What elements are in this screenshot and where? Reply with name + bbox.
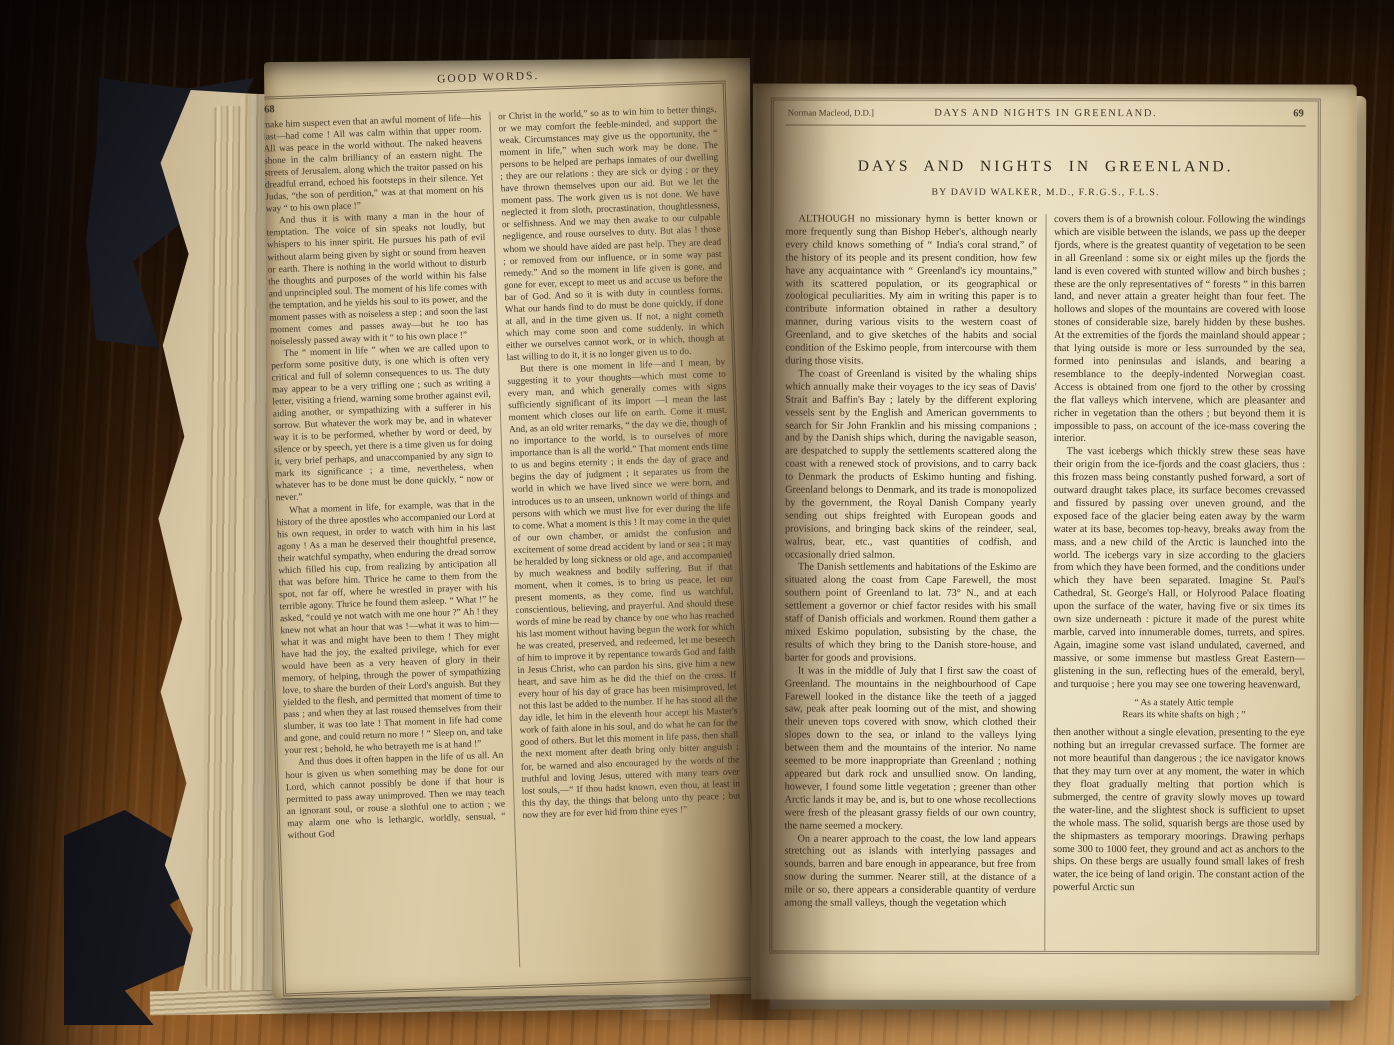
paragraph: The vast icebergs which thickly strew th… <box>1053 446 1305 692</box>
article-byline: BY DAVID WALKER, M.D., F.R.G.S., F.L.S. <box>786 187 1306 199</box>
left-page: GOOD WORDS. 68 make him suspect even tha… <box>264 58 758 998</box>
left-page-rule-frame: 68 make him suspect even that an awful m… <box>264 80 757 996</box>
paragraph: ALTHOUGH no missionary hymn is better kn… <box>785 214 1037 369</box>
right-page-columns: ALTHOUGH no missionary hymn is better kn… <box>784 214 1305 955</box>
paragraph: And thus it is with many a man in the ho… <box>266 208 489 348</box>
paragraph: covers them is of a brownish colour. Fol… <box>1054 214 1306 447</box>
left-page-content: GOOD WORDS. 68 make him suspect even tha… <box>264 58 757 990</box>
running-header-editor: Norman Macleod, D.D.] <box>788 108 911 118</box>
paragraph: The coast of Greenland is visited by the… <box>785 368 1037 562</box>
running-header-article: DAYS AND NIGHTS IN GREENLAND. <box>911 108 1181 119</box>
right-page-column-2: covers them is of a brownish colour. Fol… <box>1053 214 1306 954</box>
article-title: DAYS AND NIGHTS IN GREENLAND. <box>786 158 1306 177</box>
paragraph: On a nearer approach to the coast, the l… <box>784 833 1036 911</box>
paragraph: make him suspect even that an awful mome… <box>264 112 484 216</box>
page-number-69: 69 <box>1181 108 1304 119</box>
right-page: Norman Macleod, D.D.] DAYS AND NIGHTS IN… <box>751 83 1357 1000</box>
right-page-rule-frame: Norman Macleod, D.D.] DAYS AND NIGHTS IN… <box>769 98 1320 955</box>
verse-quote: “ As a stately Attic temple Rears its wh… <box>1053 692 1305 728</box>
paragraph: But there is one moment in life—and I me… <box>507 357 741 822</box>
paragraph: What a moment in life, for example, was … <box>276 497 503 757</box>
paragraph: And thus does it often happen in the lif… <box>285 750 506 842</box>
left-page-column-2: or Christ in the world,” so as to win hi… <box>498 104 746 967</box>
right-page-column-1: ALTHOUGH no missionary hymn is better kn… <box>784 214 1046 955</box>
paragraph: then another without a single elevation,… <box>1053 727 1305 895</box>
paragraph: The Danish settlements and habitations o… <box>785 562 1037 666</box>
paragraph: It was in the middle of July that I firs… <box>784 665 1036 833</box>
open-antique-book-photo: GOOD WORDS. 68 make him suspect even tha… <box>0 0 1394 1045</box>
paragraph: The “ moment in life ” when we are calle… <box>271 341 495 505</box>
left-page-columns: make him suspect even that an awful mome… <box>264 104 746 975</box>
paragraph: or Christ in the world,” so as to win hi… <box>498 104 725 364</box>
running-header-row: Norman Macleod, D.D.] DAYS AND NIGHTS IN… <box>786 101 1306 127</box>
left-page-column-1: make him suspect even that an awful mome… <box>264 112 520 975</box>
